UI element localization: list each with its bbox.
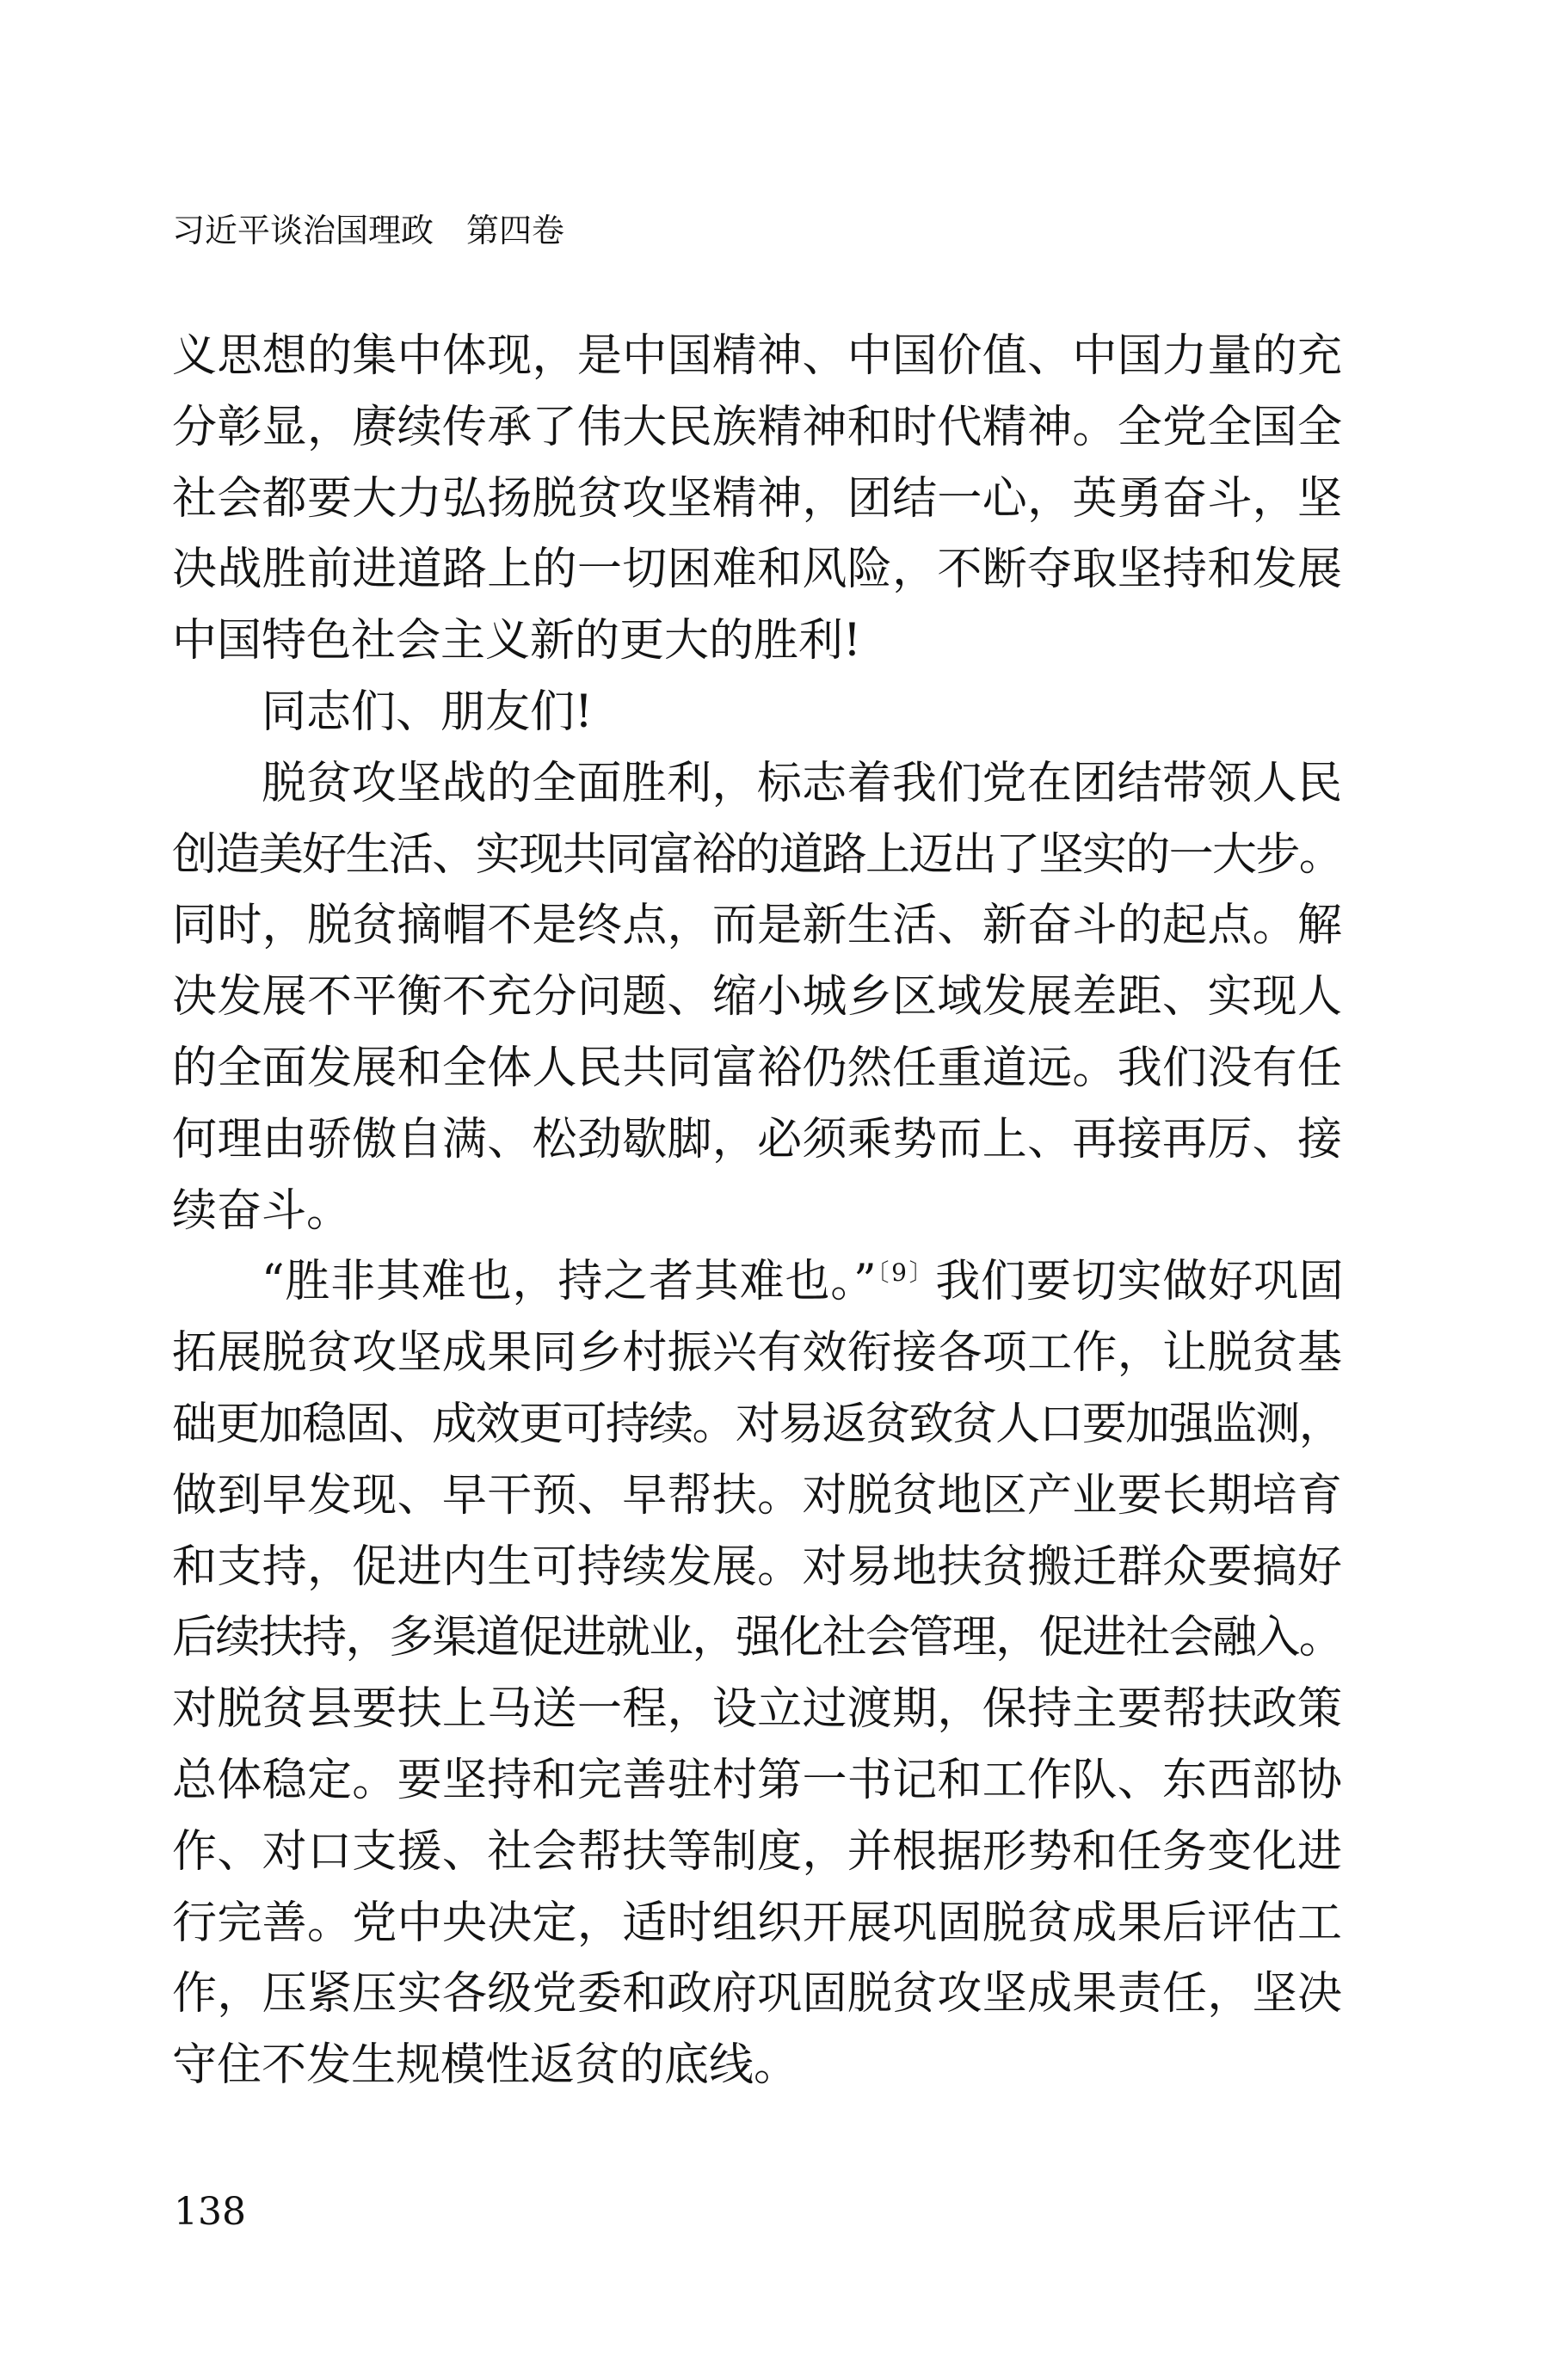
text-line: 础更加稳固、成效更可持续。对易返贫致贫人口要加强监测，: [172, 1389, 1342, 1461]
text-line: 脱贫攻坚战的全面胜利，标志着我们党在团结带领人民: [172, 748, 1342, 820]
text-line: 何理由骄傲自满、松劲歇脚，必须乘势而上、再接再厉、接: [172, 1104, 1342, 1176]
text-line: 分彰显，赓续传承了伟大民族精神和时代精神。全党全国全: [172, 392, 1342, 464]
text-line: 创造美好生活、实现共同富裕的道路上迈出了坚实的一大步。: [172, 820, 1342, 891]
text-line: 做到早发现、早干预、早帮扶。对脱贫地区产业要长期培育: [172, 1461, 1342, 1532]
text-line: 的全面发展和全体人民共同富裕仍然任重道远。我们没有任: [172, 1033, 1342, 1104]
page-number: 138: [174, 2192, 246, 2233]
text-line: 决战胜前进道路上的一切困难和风险，不断夺取坚持和发展: [172, 534, 1342, 606]
text-line: 决发展不平衡不充分问题、缩小城乡区域发展差距、实现人: [172, 962, 1342, 1033]
text-line: 总体稳定。要坚持和完善驻村第一书记和工作队、东西部协: [172, 1745, 1342, 1817]
text-line: 对脱贫县要扶上马送一程，设立过渡期，保持主要帮扶政策: [172, 1674, 1342, 1745]
book-page: 习近平谈治国理政 第四卷 义思想的集中体现，是中国精神、中国价值、中国力量的充分…: [0, 0, 1552, 2380]
footnote-marker: 〔9〕: [875, 1258, 935, 1287]
paragraph: “胜非其难也，持之者其难也。”〔9〕我们要切实做好巩固拓展脱贫攻坚成果同乡村振兴…: [172, 1246, 1342, 2101]
paragraph: 义思想的集中体现，是中国精神、中国价值、中国力量的充分彰显，赓续传承了伟大民族精…: [172, 321, 1342, 677]
text-line: 作、对口支援、社会帮扶等制度，并根据形势和任务变化进: [172, 1817, 1342, 1888]
text-line: 后续扶持，多渠道促进就业，强化社会管理，促进社会融入。: [172, 1602, 1342, 1674]
text-line: 行完善。党中央决定，适时组织开展巩固脱贫成果后评估工: [172, 1888, 1342, 1959]
text-line: 作，压紧压实各级党委和政府巩固脱贫攻坚成果责任，坚决: [172, 1959, 1342, 2030]
text-line: 同时，脱贫摘帽不是终点，而是新生活、新奋斗的起点。解: [172, 890, 1342, 962]
text-line: 和支持，促进内生可持续发展。对易地扶贫搬迁群众要搞好: [172, 1532, 1342, 1603]
text-line: 中国特色社会主义新的更大的胜利!: [172, 606, 1342, 677]
text-line: 守住不发生规模性返贫的底线。: [172, 2030, 1342, 2101]
text-line: 拓展脱贫攻坚成果同乡村振兴有效衔接各项工作，让脱贫基: [172, 1318, 1342, 1389]
body-text: 义思想的集中体现，是中国精神、中国价值、中国力量的充分彰显，赓续传承了伟大民族精…: [172, 321, 1342, 2101]
paragraph: 同志们、朋友们!: [172, 677, 1342, 748]
running-header: 习近平谈治国理政 第四卷: [172, 212, 564, 249]
text-line: 社会都要大力弘扬脱贫攻坚精神，团结一心，英勇奋斗，坚: [172, 464, 1342, 535]
text-line: “胜非其难也，持之者其难也。”〔9〕我们要切实做好巩固: [172, 1246, 1342, 1318]
paragraph: 脱贫攻坚战的全面胜利，标志着我们党在团结带领人民创造美好生活、实现共同富裕的道路…: [172, 748, 1342, 1247]
text-line: 义思想的集中体现，是中国精神、中国价值、中国力量的充: [172, 321, 1342, 392]
text-line: 续奋斗。: [172, 1176, 1342, 1247]
text-line: 同志们、朋友们!: [172, 677, 1342, 748]
